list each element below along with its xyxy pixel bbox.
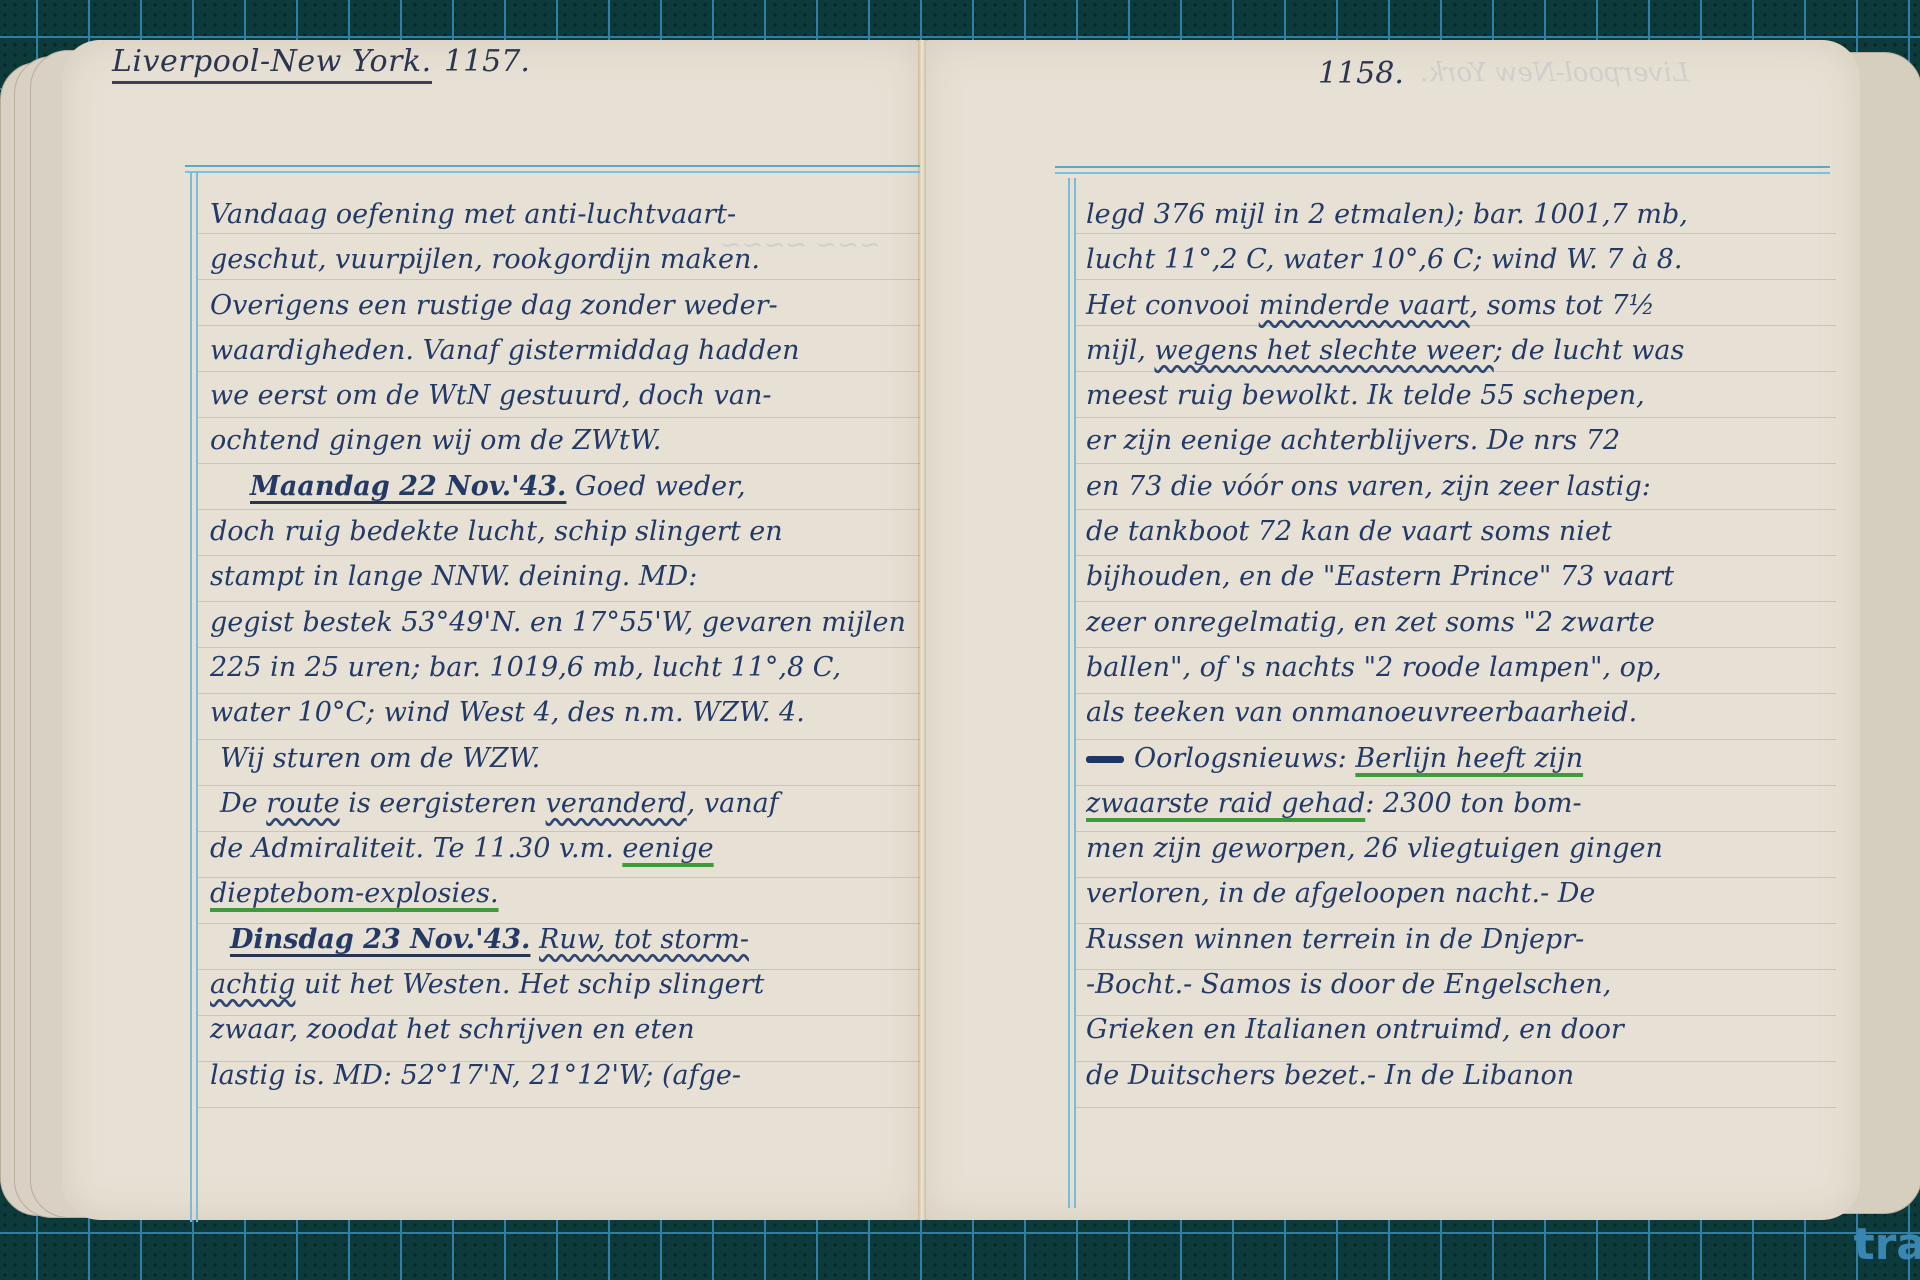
text-line: ballen", of 's nachts "2 roode lampen", … <box>1086 645 1836 690</box>
text-line: 225 in 25 uren; bar. 1019,6 mb, lucht 11… <box>210 645 910 690</box>
war-news-heading: Oorlogsnieuws: Berlijn heeft zijn <box>1086 736 1836 781</box>
text-line: we eerst om de WtN gestuurd, doch van- <box>210 373 910 418</box>
text-fragment: Goed weder, <box>575 471 746 502</box>
text-line: er zijn eenige achterblijvers. De nrs 72 <box>1086 418 1836 463</box>
page-number-right: 1158. <box>1318 56 1404 91</box>
text-line: bijhouden, en de "Eastern Prince" 73 vaa… <box>1086 554 1836 599</box>
entry-date: Dinsdag 23 Nov.'43. <box>230 924 530 955</box>
text-line: de tankboot 72 kan de vaart soms niet <box>1086 509 1836 554</box>
text-line: en 73 die vóór ons varen, zijn zeer last… <box>1086 464 1836 509</box>
bleed-through-text: Liverpool-New York. <box>1420 58 1689 88</box>
left-page-text: Vandaag oefening met anti-luchtvaart- ge… <box>210 192 910 1098</box>
text-line: Russen winnen terrein in de Dnjepr- <box>1086 917 1836 962</box>
text-line: verloren, in de afgeloopen nacht.- De <box>1086 871 1836 916</box>
top-ruling-line <box>1055 172 1830 174</box>
text-line: Het convooi minderde vaart, soms tot 7½ <box>1086 283 1836 328</box>
text-line-route: De route is eergisteren veranderd, vanaf <box>210 781 910 826</box>
top-ruling-line <box>1055 166 1830 168</box>
dash-marker-icon <box>1086 756 1124 763</box>
text-line: Grieken en Italianen ontruimd, en door <box>1086 1007 1836 1052</box>
text-line: zwaar, zoodat het schrijven en eten <box>210 1007 910 1052</box>
text-line: Vandaag oefening met anti-luchtvaart- <box>210 192 910 237</box>
text-line: waardigheden. Vanaf gistermiddag hadden <box>210 328 910 373</box>
entry-heading-monday: Maandag 22 Nov.'43. Goed weder, <box>210 464 910 509</box>
text-line: de Duitschers bezet.- In de Libanon <box>1086 1053 1836 1098</box>
margin-line <box>190 172 192 1222</box>
text-line: men zijn geworpen, 26 vliegtuigen gingen <box>1086 826 1836 871</box>
entry-heading-tuesday: Dinsdag 23 Nov.'43. Ruw, tot storm- <box>210 917 910 962</box>
text-line: -Bocht.- Samos is door de Engelschen, <box>1086 962 1836 1007</box>
text-line: dieptebom-explosies. <box>210 871 910 916</box>
text-line: ochtend gingen wij om de ZWtW. <box>210 418 910 463</box>
text-line: geschut, vuurpijlen, rookgordijn maken. <box>210 237 910 282</box>
right-page-text: legd 376 mijl in 2 etmalen); bar. 1001,7… <box>1086 192 1836 1098</box>
text-line: achtig uit het Westen. Het schip slinger… <box>210 962 910 1007</box>
watermark-logo: tra <box>1854 1219 1920 1270</box>
top-ruling-line <box>185 171 920 173</box>
text-line: mijl, wegens het slechte weer; de lucht … <box>1086 328 1836 373</box>
text-line: Overigens een rustige dag zonder weder- <box>210 283 910 328</box>
text-line: Wij sturen om de WZW. <box>210 736 910 781</box>
margin-line <box>1068 178 1070 1208</box>
text-line: als teeken van onmanoeuvreerbaarheid. <box>1086 690 1836 735</box>
text-line: lucht 11°,2 C, water 10°,6 C; wind W. 7 … <box>1086 237 1836 282</box>
top-ruling-line <box>185 165 920 167</box>
text-line: meest ruig bewolkt. Ik telde 55 schepen, <box>1086 373 1836 418</box>
text-line: de Admiraliteit. Te 11.30 v.m. eenige <box>210 826 910 871</box>
page-number-left: 1157. <box>444 44 530 79</box>
text-line: zeer onregelmatig, en zet soms "2 zwarte <box>1086 600 1836 645</box>
text-line: zwaarste raid gehad: 2300 ton bom- <box>1086 781 1836 826</box>
text-line: gegist bestek 53°49'N. en 17°55'W, gevar… <box>210 600 910 645</box>
text-line: water 10°C; wind West 4, des n.m. WZW. 4… <box>210 690 910 735</box>
text-line: doch ruig bedekte lucht, schip slingert … <box>210 509 910 554</box>
text-line: stampt in lange NNW. deining. MD: <box>210 554 910 599</box>
entry-date: Maandag 22 Nov.'43. <box>250 471 566 502</box>
page-header-title: Liverpool-New York. <box>112 44 432 84</box>
text-line: lastig is. MD: 52°17'N, 21°12'W; (afge- <box>210 1053 910 1098</box>
text-line: legd 376 mijl in 2 etmalen); bar. 1001,7… <box>1086 192 1836 237</box>
